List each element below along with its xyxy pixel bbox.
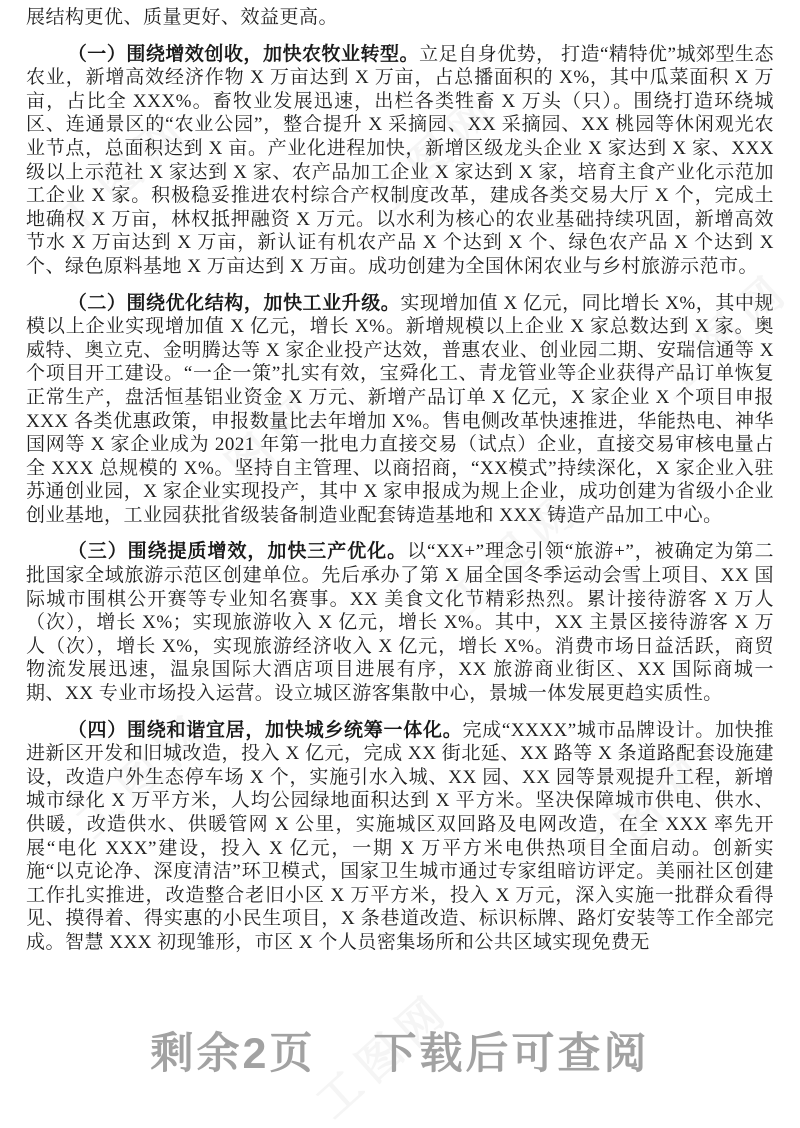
paragraph-4-heading: （四）围绕和谐宜居，加快城乡统筹一体化。	[68, 720, 463, 741]
continuation-line: 展结构更优、质量更好、效益更高。	[26, 6, 774, 30]
paragraph-2-text: 实现增加值 X 亿元，同比增长 X%，其中规模以上企业实现增加值 X 亿元，增长…	[26, 293, 774, 526]
paragraph-1-heading: （一）围绕增效创收，加快农牧业转型。	[68, 44, 419, 65]
document-body: 展结构更优、质量更好、效益更高。 （一）围绕增效创收，加快农牧业转型。立足自身优…	[26, 6, 774, 955]
download-hint-label: 下载后可查阅	[373, 1020, 649, 1081]
paragraph-3-heading: （三）围绕提质增效，加快三产优化。	[68, 541, 407, 562]
paragraph-4-text: 完成“XXXX”城市品牌设计。加快推进新区开发和旧城改造，投入 X 亿元，完成 …	[26, 720, 774, 953]
paragraph-3-text: 以“XX+”理念引领“旅游+”，被确定为第二批国家全域旅游示范区创建单位。先后承…	[26, 541, 774, 704]
paragraph-2-heading: （二）围绕优化结构，加快工业升级。	[68, 293, 401, 314]
paragraph-2-industry: （二）围绕优化结构，加快工业升级。实现增加值 X 亿元，同比增长 X%，其中规模…	[26, 292, 774, 528]
paragraph-3-tertiary: （三）围绕提质增效，加快三产优化。以“XX+”理念引领“旅游+”，被确定为第二批…	[26, 540, 774, 705]
paragraph-1-agriculture: （一）围绕增效创收，加快农牧业转型。立足自身优势， 打造“精特优”城郊型生态农业…	[26, 43, 774, 279]
document-page: 工图网 工图网 工图网 工图网 工图网 工图网 工图网 工图网 展结构更优、质量…	[0, 0, 800, 1128]
paragraph-1-text: 立足自身优势， 打造“精特优”城郊型生态农业，新增高效经济作物 X 万亩达到 X…	[26, 44, 774, 277]
paragraph-4-urban-rural: （四）围绕和谐宜居，加快城乡统筹一体化。完成“XXXX”城市品牌设计。加快推进新…	[26, 719, 774, 955]
remaining-pages-label: 剩余2页	[151, 1020, 316, 1081]
preview-footer-banner: 剩余2页 下载后可查阅	[0, 1020, 800, 1081]
